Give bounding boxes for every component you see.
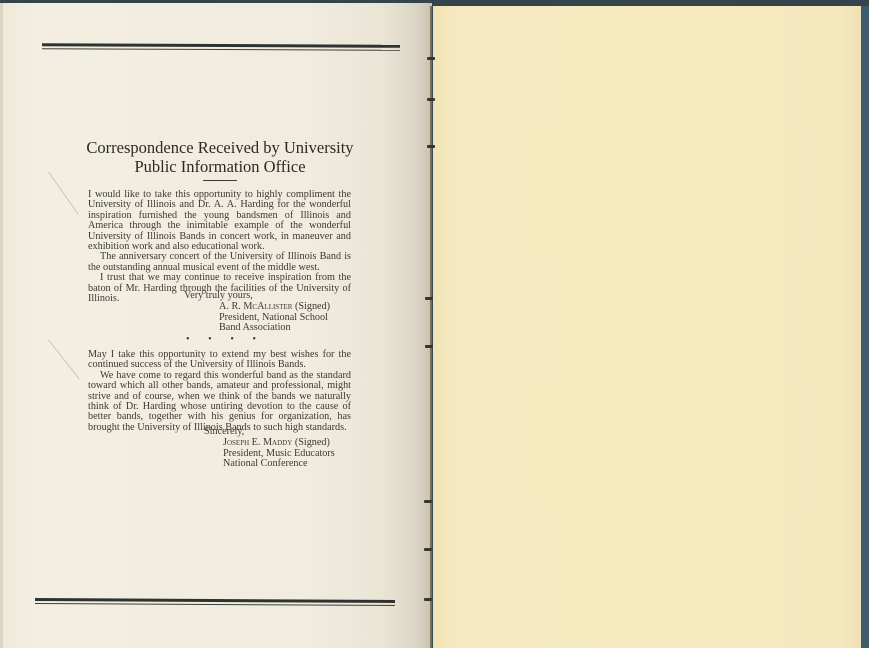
signature-block: Joseph E. Maddy (Signed) President, Musi… bbox=[223, 438, 335, 470]
binding-stitch bbox=[424, 548, 432, 551]
letter-paragraph: May I take this opportunity to extend my… bbox=[88, 350, 351, 371]
separator-dot: • bbox=[186, 334, 190, 345]
binding-stitch bbox=[424, 500, 432, 503]
signer-organization: Band Association bbox=[219, 323, 330, 334]
right-page-blank bbox=[433, 6, 861, 648]
separator-dot: • bbox=[208, 334, 212, 345]
separator-dot: • bbox=[230, 334, 234, 345]
signer-name: A. R. McAllister bbox=[219, 301, 292, 312]
left-page bbox=[0, 3, 432, 648]
title-underline bbox=[203, 180, 237, 181]
title-line-1: Correspondence Received by University bbox=[60, 138, 380, 157]
letter-paragraph: I would like to take this opportunity to… bbox=[88, 190, 351, 252]
letter-mcallister: I would like to take this opportunity to… bbox=[88, 190, 351, 304]
binding-stitch bbox=[427, 145, 435, 148]
separator-dot: • bbox=[252, 334, 256, 345]
letter-paragraph: The anniversary concert of the Universit… bbox=[88, 252, 351, 273]
signer-name: Joseph E. Maddy bbox=[223, 437, 292, 448]
binding-stitch bbox=[427, 57, 435, 60]
title-line-2: Public Information Office bbox=[60, 157, 380, 176]
book-cover-edge bbox=[861, 6, 869, 648]
page-edge bbox=[0, 3, 3, 648]
letter-paragraph: We have come to regard this wonderful ba… bbox=[88, 371, 351, 433]
binding-stitch bbox=[425, 297, 433, 300]
letter-maddy: May I take this opportunity to extend my… bbox=[88, 350, 351, 433]
binding-stitch bbox=[425, 345, 433, 348]
signature-block: A. R. McAllister (Signed) President, Nat… bbox=[219, 302, 330, 334]
signed-note: (Signed) bbox=[295, 437, 330, 448]
signed-note: (Signed) bbox=[295, 301, 330, 312]
binding-stitch bbox=[427, 98, 435, 101]
binding-stitch bbox=[424, 598, 432, 601]
letter-closing: Very truly yours, bbox=[184, 291, 253, 301]
signer-organization: National Conference bbox=[223, 459, 335, 470]
book-spine-gutter bbox=[430, 6, 432, 648]
page-title: Correspondence Received by University Pu… bbox=[60, 138, 380, 176]
letter-closing: Sincerely, bbox=[204, 427, 244, 437]
section-separator: • • • • bbox=[186, 334, 256, 345]
